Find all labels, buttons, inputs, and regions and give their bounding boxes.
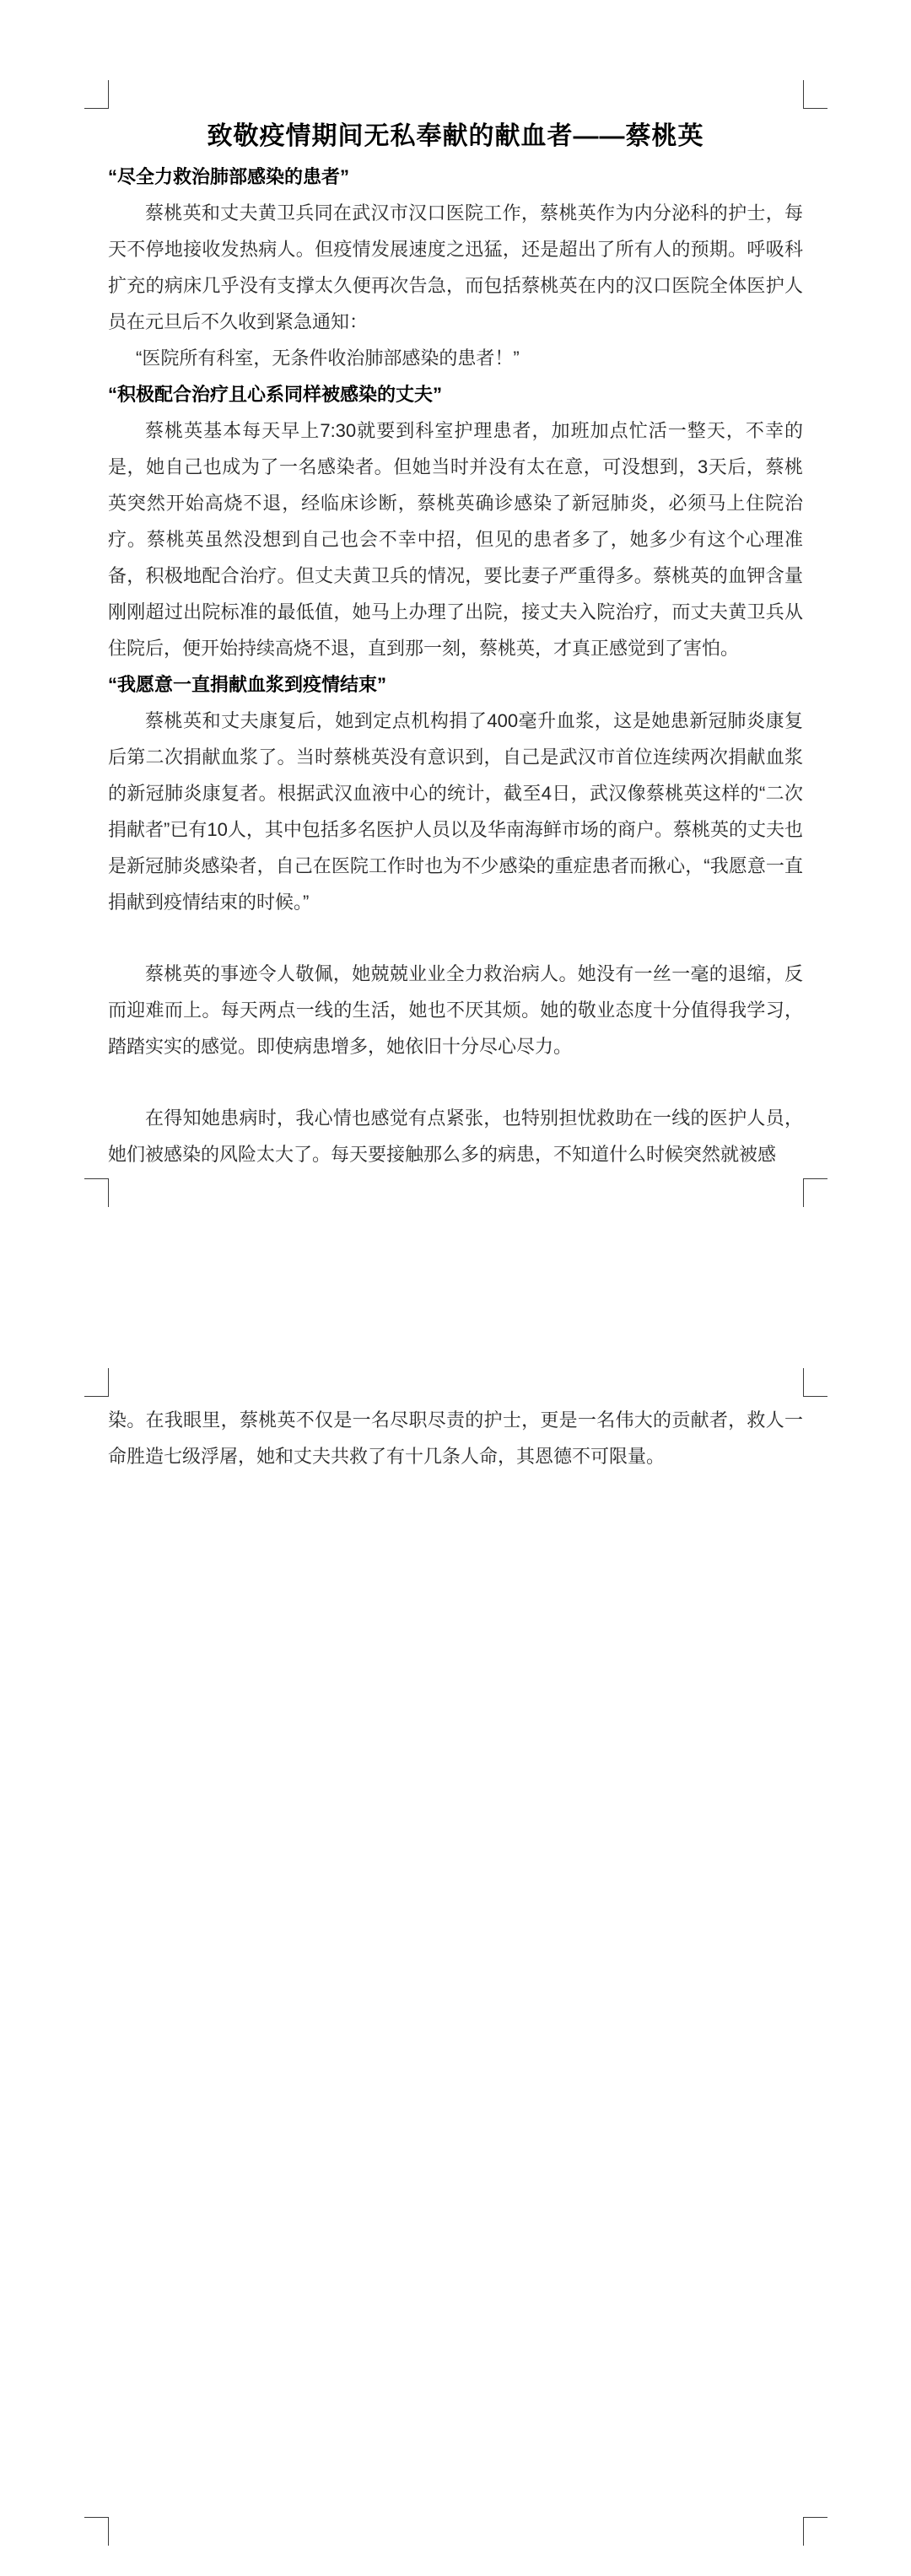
document-title: 致敬疫情期间无私奉献的献血者——蔡桃英 [108, 115, 803, 159]
paragraph-3: 蔡桃英和丈夫康复后，她到定点机构捐了400毫升血浆，这是她患新冠肺炎康复后第二次… [108, 703, 803, 920]
paragraph-1: 蔡桃英和丈夫黄卫兵同在武汉市汉口医院工作，蔡桃英作为内分泌科的护士，每天不停地接… [108, 195, 803, 340]
section-heading-1: “尽全力救治肺部感染的患者” [108, 159, 803, 195]
page2-bottom-right-crop-mark-icon [803, 2517, 827, 2546]
page-2: 染。在我眼里，蔡桃英不仅是一名尽职尽责的护士，更是一名伟大的贡献者，救人一命胜造… [108, 1402, 803, 1474]
page1-top-left-crop-mark-icon [84, 80, 109, 109]
page2-top-right-crop-mark-icon [803, 1368, 827, 1397]
section-heading-2: “积极配合治疗且心系同样被感染的丈夫” [108, 376, 803, 412]
page-1: 致敬疫情期间无私奉献的献血者——蔡桃英 “尽全力救治肺部感染的患者” 蔡桃英和丈… [108, 115, 803, 1172]
notice-quote-line: “医院所有科室，无条件收治肺部感染的患者！” [108, 340, 803, 376]
paragraph-4: 蔡桃英的事迹令人敬佩，她兢兢业业全力救治病人。她没有一丝一毫的退缩，反而迎难而上… [108, 956, 803, 1064]
paragraph-2: 蔡桃英基本每天早上7:30就要到科室护理患者，加班加点忙活一整天，不幸的是，她自… [108, 412, 803, 666]
paragraph-6-continuation: 染。在我眼里，蔡桃英不仅是一名尽职尽责的护士，更是一名伟大的贡献者，救人一命胜造… [108, 1402, 803, 1474]
document-page-view: 致敬疫情期间无私奉献的献血者——蔡桃英 “尽全力救治肺部感染的患者” 蔡桃英和丈… [0, 0, 911, 2576]
page2-bottom-left-crop-mark-icon [84, 2517, 109, 2546]
page1-bottom-left-crop-mark-icon [84, 1178, 109, 1207]
page1-top-right-crop-mark-icon [803, 80, 827, 109]
page2-top-left-crop-mark-icon [84, 1368, 109, 1397]
section-heading-3: “我愿意一直捐献血浆到疫情结束” [108, 666, 803, 703]
page1-bottom-right-crop-mark-icon [803, 1178, 827, 1207]
paragraph-5: 在得知她患病时，我心情也感觉有点紧张，也特别担忧救助在一线的医护人员，她们被感染… [108, 1100, 803, 1172]
